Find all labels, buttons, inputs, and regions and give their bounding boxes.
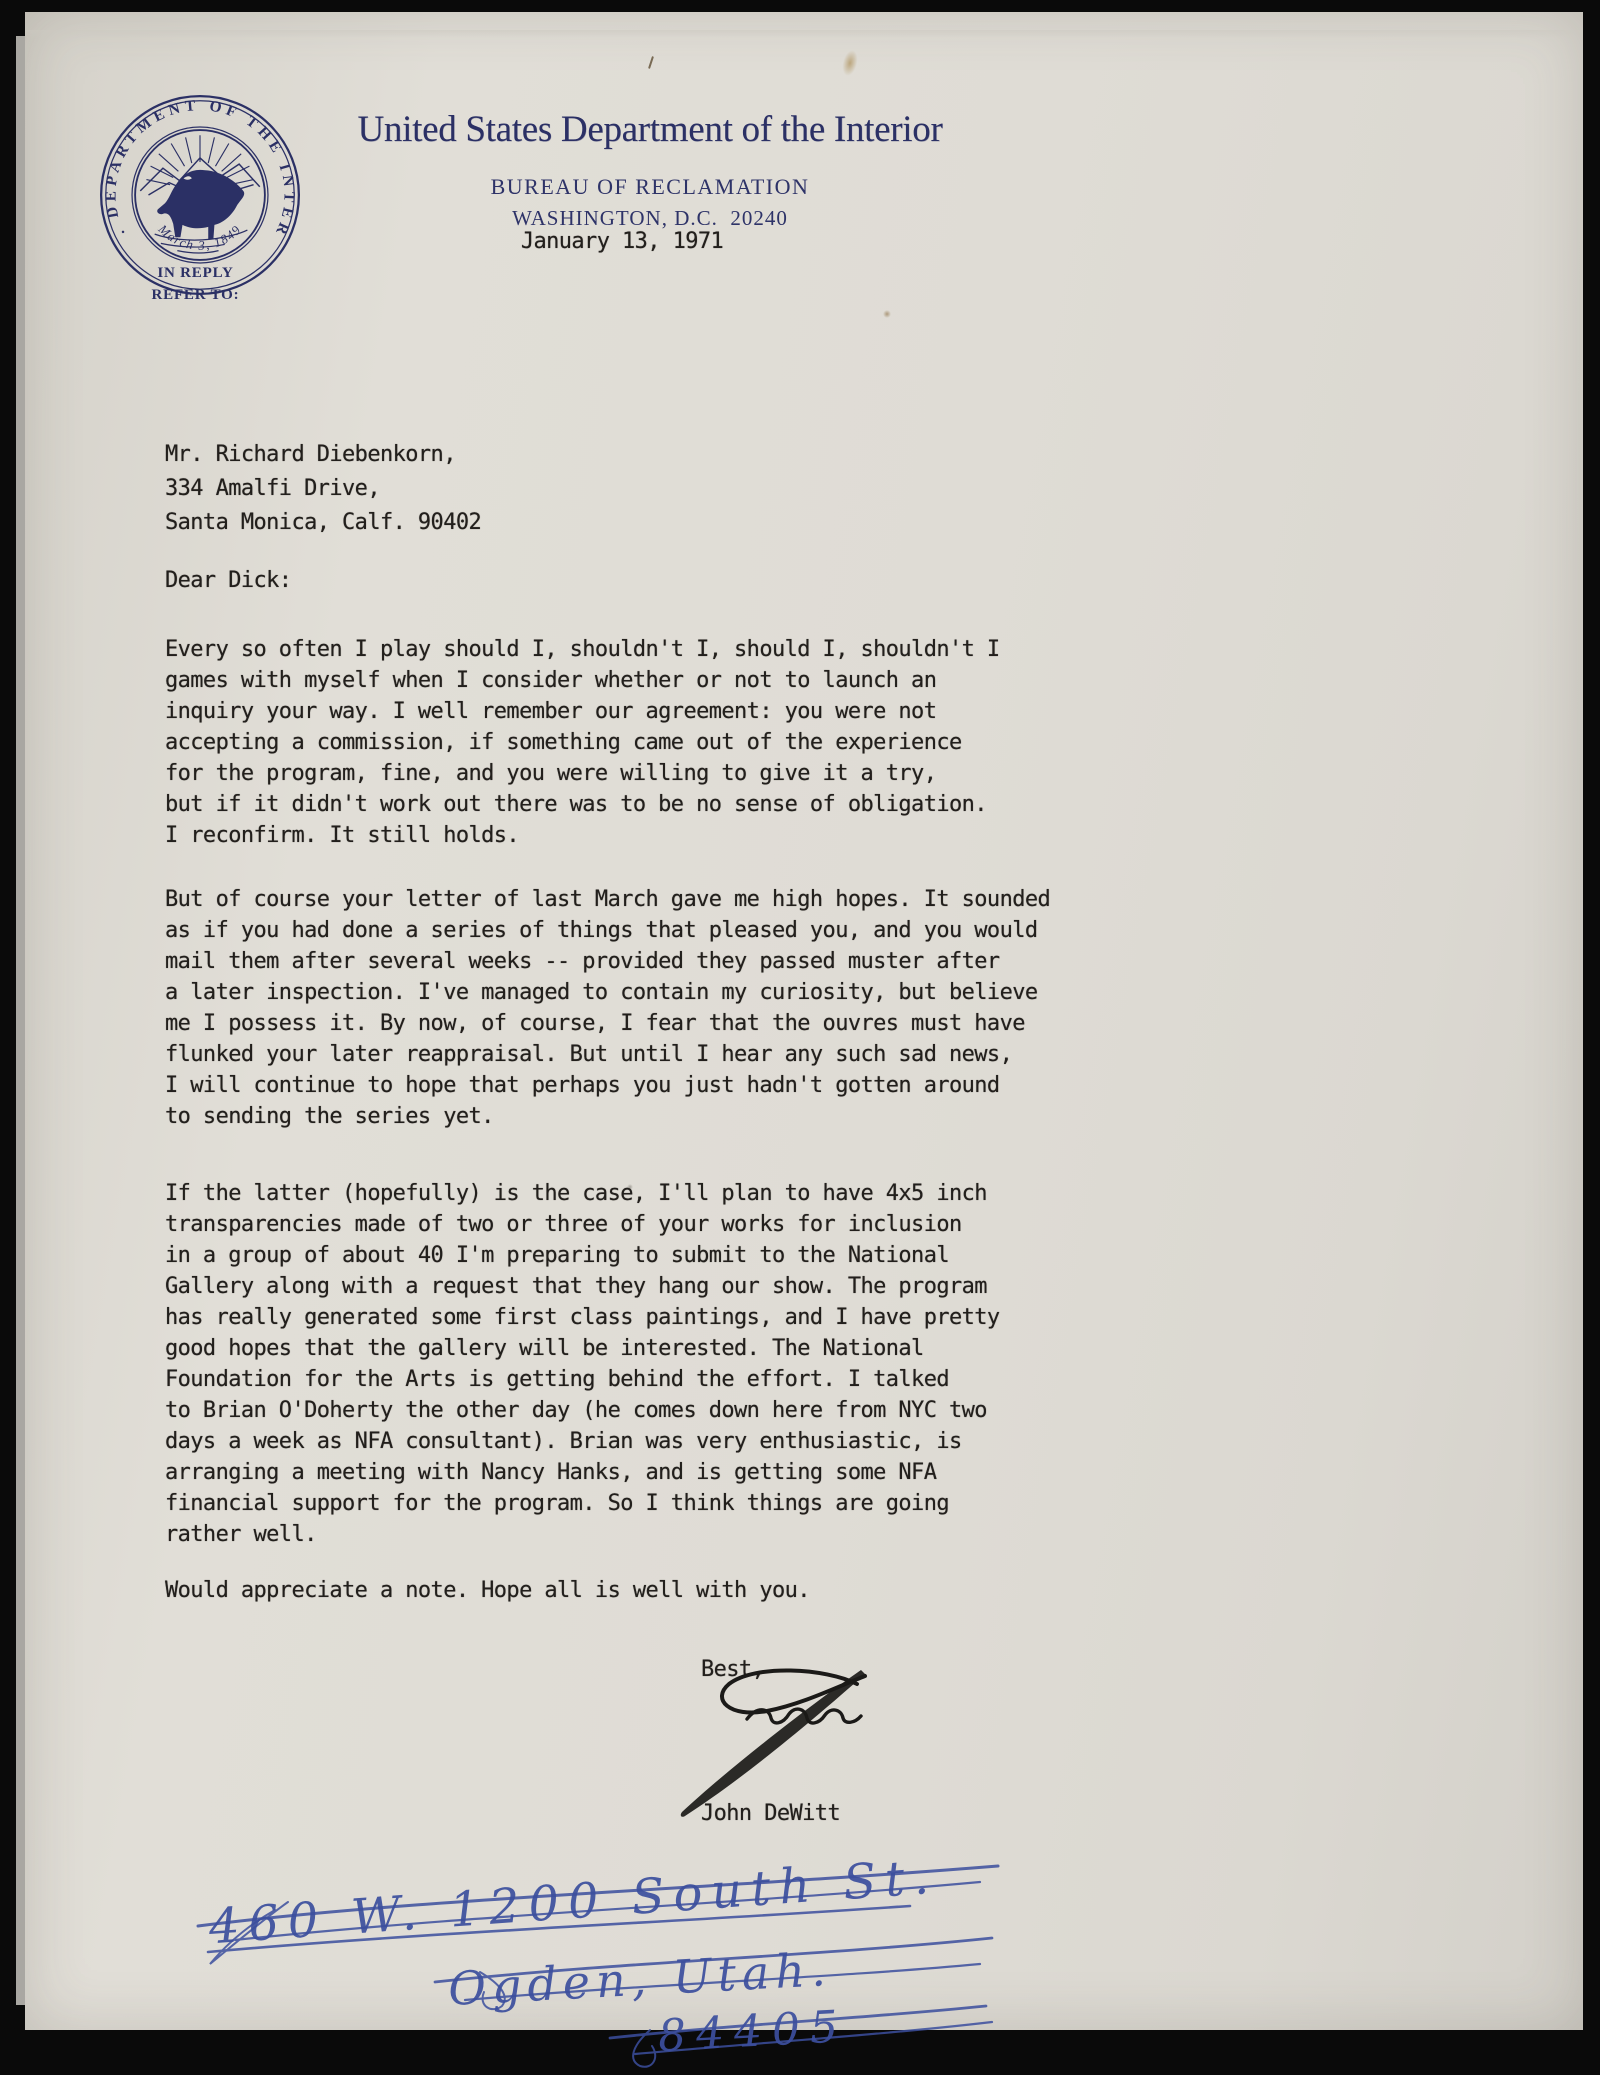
letter-paper: U. S. DEPARTMENT OF THE INTERIOR March 3…: [25, 12, 1583, 2030]
handwritten-address-note: 460 W. 1200 South St. Ogden, Utah. 84405: [180, 1860, 1040, 2075]
typed-signature: John DeWitt: [701, 1798, 840, 1829]
agency-name: United States Department of the Interior: [125, 108, 1175, 151]
salutation: Dear Dick:: [165, 565, 291, 596]
recipient-address: Mr. Richard Diebenkorn, 334 Amalfi Drive…: [165, 438, 481, 540]
body-paragraph-2: But of course your letter of last March …: [165, 884, 1050, 1132]
body-paragraph-1: Every so often I play should I, shouldn'…: [165, 634, 1000, 851]
scribble-strikethrough: [180, 1860, 1040, 2075]
body-paragraph-3: If the latter (hopefully) is the case, I…: [165, 1178, 1000, 1550]
closing-sentence: Would appreciate a note. Hope all is wel…: [165, 1575, 810, 1606]
reply-reference-label: IN REPLY REFER TO:: [128, 262, 263, 306]
scanned-letter-photo: U. S. DEPARTMENT OF THE INTERIOR March 3…: [0, 0, 1600, 2075]
letter-date: January 13, 1971: [97, 226, 1147, 257]
paper-stain: [840, 49, 860, 78]
stray-pen-mark: [648, 56, 654, 69]
bureau-name: BUREAU OF RECLAMATION: [125, 174, 1175, 200]
page-edge: [16, 36, 25, 2005]
paper-stain: [883, 310, 891, 318]
paper-fold-shadow: [25, 30, 1583, 38]
paper-stain: [627, 1184, 633, 1190]
